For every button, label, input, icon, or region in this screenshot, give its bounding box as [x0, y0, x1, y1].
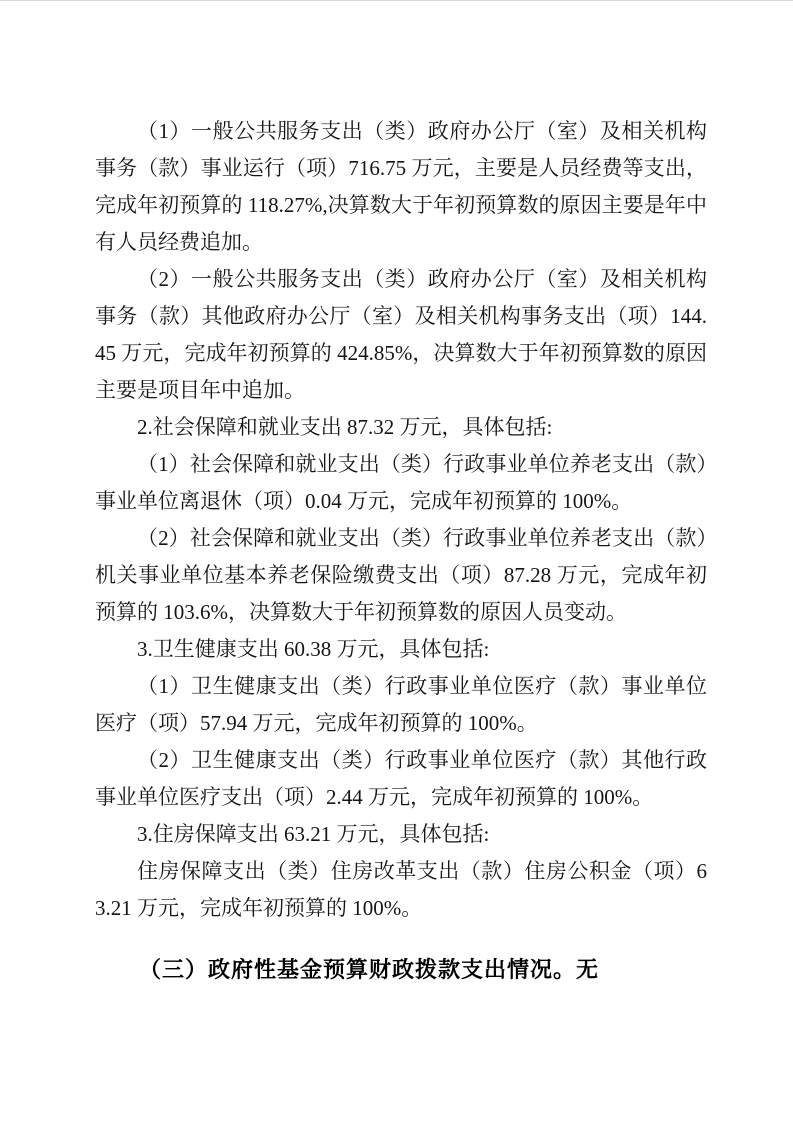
para-social-security-total: 2.社会保障和就业支出 87.32 万元，具体包括: — [95, 409, 707, 446]
para-health-item2: （2）卫生健康支出（类）行政事业单位医疗（款）其他行政事业单位医疗支出（项）2.… — [95, 742, 707, 816]
para-general-public-service-item1: （1）一般公共服务支出（类）政府办公厅（室）及相关机构事务（款）事业运行（项）7… — [95, 113, 707, 261]
para-health-total: 3.卫生健康支出 60.38 万元，具体包括: — [95, 631, 707, 668]
para-social-security-item1: （1）社会保障和就业支出（类）行政事业单位养老支出（款）事业单位离退休（项）0.… — [95, 446, 707, 520]
para-general-public-service-item2: （2）一般公共服务支出（类）政府办公厅（室）及相关机构事务（款）其他政府办公厅（… — [95, 261, 707, 409]
para-health-item1: （1）卫生健康支出（类）行政事业单位医疗（款）事业单位医疗（项）57.94 万元… — [95, 668, 707, 742]
para-housing-total: 3.住房保障支出 63.21 万元，具体包括: — [95, 816, 707, 853]
document-page: （1）一般公共服务支出（类）政府办公厅（室）及相关机构事务（款）事业运行（项）7… — [0, 0, 793, 1122]
para-social-security-item2: （2）社会保障和就业支出（类）行政事业单位养老支出（款）机关事业单位基本养老保险… — [95, 520, 707, 631]
heading-government-fund-budget-expenditure: （三）政府性基金预算财政拨款支出情况。无 — [95, 951, 707, 988]
para-housing-detail: 住房保障支出（类）住房改革支出（款）住房公积金（项）63.21 万元，完成年初预… — [95, 853, 707, 927]
